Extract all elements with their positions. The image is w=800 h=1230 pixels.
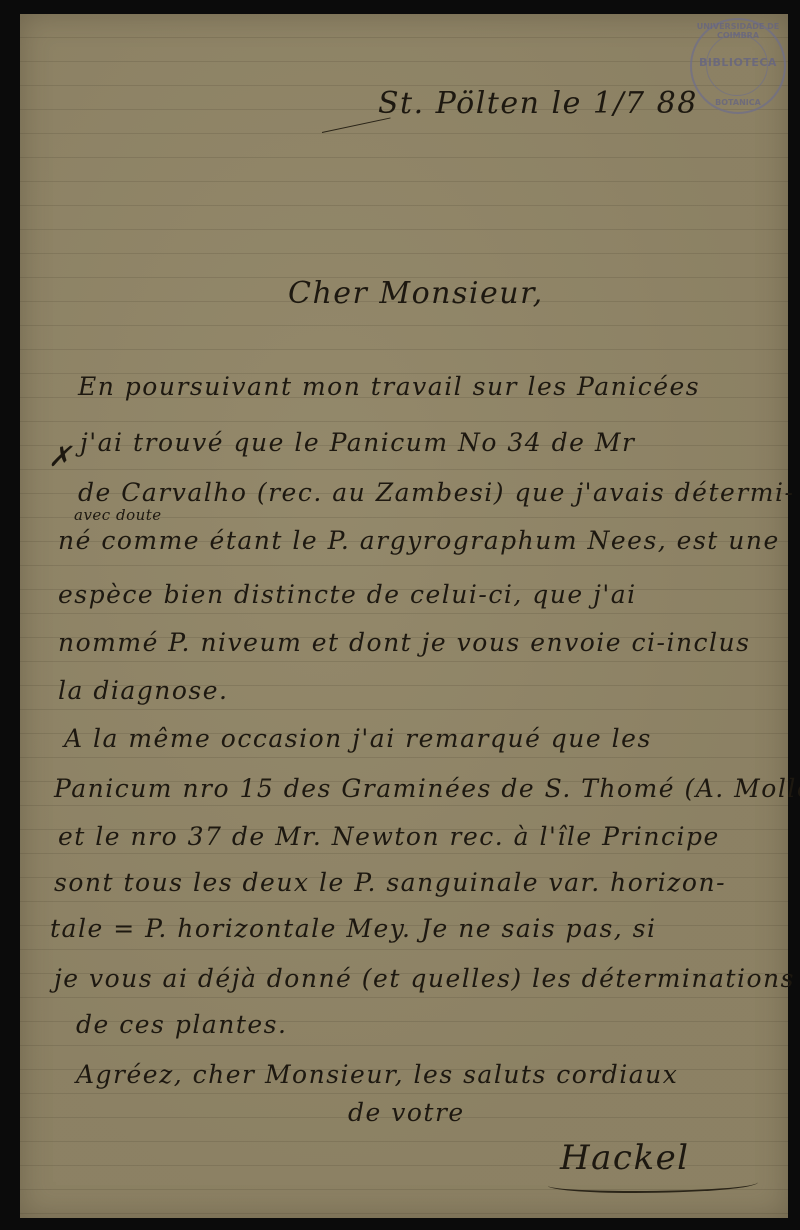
body-line-11: sont tous les deux le P. sanguinale var.…: [54, 868, 726, 897]
body-line-14: de ces plantes.: [76, 1010, 287, 1039]
place-date: St. Pölten le 1/7 88: [378, 86, 698, 121]
body-line-3: de Carvalho (rec. au Zambesi) que j'avai…: [78, 478, 794, 507]
body-line-7: la diagnose.: [58, 676, 228, 705]
body-line-9: Panicum nro 15 des Graminées de S. Thomé…: [54, 774, 800, 803]
body-line-5: espèce bien distincte de celui-ci, que j…: [58, 580, 637, 609]
library-stamp: UNIVERSIDADE DE COIMBRA BIBLIOTECA BOTAN…: [690, 18, 786, 114]
body-line-4: né comme étant le P. argyrographum Nees,…: [58, 526, 780, 555]
interlinear-insert: avec doute: [74, 506, 162, 524]
body-line-2: j'ai trouvé que le Panicum No 34 de Mr: [80, 428, 635, 457]
margin-mark: ✗: [48, 440, 73, 473]
closing-line-1: Agréez, cher Monsieur, les saluts cordia…: [76, 1060, 678, 1089]
stamp-center-text: BIBLIOTECA: [692, 56, 784, 69]
signature: Hackel: [560, 1138, 690, 1178]
salutation: Cher Monsieur,: [288, 276, 544, 311]
body-line-12: tale = P. horizontale Mey. Je ne sais pa…: [50, 914, 657, 943]
stamp-ring-text-bottom: BOTANICA: [692, 98, 784, 107]
body-line-10: et le nro 37 de Mr. Newton rec. à l'île …: [58, 822, 720, 851]
body-line-8: A la même occasion j'ai remarqué que les: [64, 724, 652, 753]
closing-line-2: de votre: [348, 1098, 465, 1127]
body-line-6: nommé P. niveum et dont je vous envoie c…: [58, 628, 750, 657]
stamp-ring-text-top: UNIVERSIDADE DE COIMBRA: [692, 22, 784, 40]
body-line-1: En poursuivant mon travail sur les Panic…: [78, 372, 700, 401]
body-line-13: je vous ai déjà donné (et quelles) les d…: [54, 964, 795, 993]
